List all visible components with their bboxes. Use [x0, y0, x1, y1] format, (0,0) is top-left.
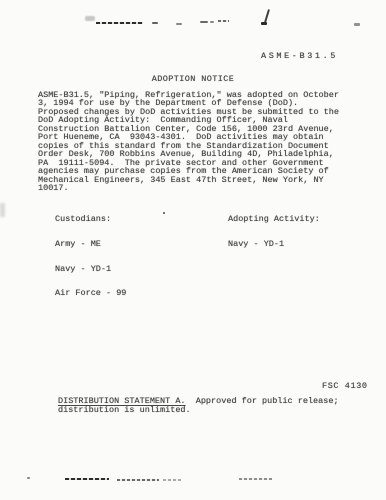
distribution-statement: DISTRIBUTION STATEMENT A. Approved for p… [58, 397, 358, 415]
scan-artifact-dash [176, 23, 182, 25]
scan-artifact-dash [152, 22, 158, 24]
scan-smudge [85, 16, 95, 21]
page-title: ADOPTION NOTICE [0, 75, 386, 84]
handwritten-mark [264, 9, 270, 23]
custodians-block: Custodians: Army - ME Navy - YD-1 Air Fo… [55, 199, 126, 314]
scan-artifact-comma [354, 23, 360, 26]
scan-artifact-dashed-line [117, 479, 159, 481]
scan-artifact-dot [27, 477, 30, 479]
custodian-item: Army - ME [55, 240, 126, 248]
handwritten-mark-foot [261, 22, 267, 25]
scan-artifact-dash [218, 20, 229, 22]
custodian-item: Navy - YD-1 [55, 265, 126, 273]
custodians-heading: Custodians: [55, 215, 126, 223]
scan-edge-smudge [0, 203, 5, 217]
body-paragraph: ASME-B31.5, "Piping, Refrigeration," was… [38, 91, 339, 192]
scan-artifact-dashed-line [65, 478, 109, 480]
adopting-activity-heading: Adopting Activity: [228, 215, 320, 223]
scanned-document-page: ASME-B31.5 ADOPTION NOTICE ASME-B31.5, "… [0, 0, 386, 500]
scan-artifact-dashed-line [239, 478, 272, 480]
scan-artifact-dash [200, 21, 208, 23]
doc-number: ASME-B31.5 [261, 52, 338, 61]
scan-artifact-dash [210, 21, 214, 23]
scan-artifact-dash [163, 479, 181, 481]
scan-artifact-dot [163, 212, 165, 214]
adopting-activity-block: Adopting Activity: Navy - YD-1 [228, 199, 320, 265]
custodian-item: Air Force - 99 [55, 289, 126, 297]
adopting-activity-value: Navy - YD-1 [228, 240, 320, 248]
fsc-code: FSC 4130 [322, 382, 368, 391]
scan-artifact-dashed-line [96, 22, 143, 24]
